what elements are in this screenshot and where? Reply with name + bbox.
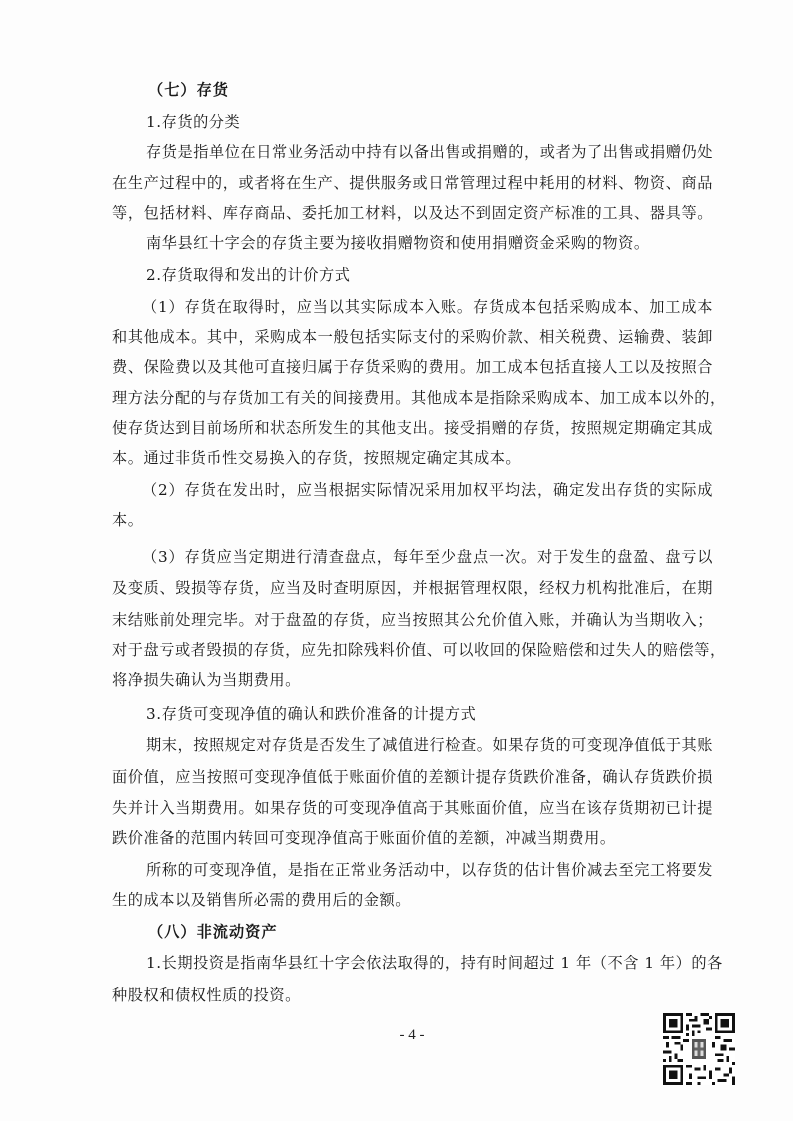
paragraph-line: 期末，按照规定对存货是否发生了减值进行检查。如果存货的可变现净值低于其账 <box>146 730 713 760</box>
document-page: （七）存货1.存货的分类存货是指单位在日常业务活动中持有以备出售或捐赠的，或者为… <box>0 0 793 1121</box>
list-item-line: （2）存货在发出时，应当根据实际情况采用加权平均法，确定发出存货的实际成 <box>142 475 713 505</box>
subheading: 1.存货的分类 <box>146 107 713 137</box>
paragraph-line: 所称的可变现净值，是指在正常业务活动中，以存货的估计售价减去至完工将要发 <box>146 855 713 885</box>
paragraph-line: 在生产过程中的，或者将在生产、提供服务或日常管理过程中耗用的材料、物资、商品 <box>112 168 713 198</box>
paragraph-line: 本。 <box>112 505 713 535</box>
paragraph-line: 使存货达到目前场所和状态所发生的其他支出。接受捐赠的存货，按照规定期确定其成 <box>112 413 713 443</box>
paragraph-line: 跌价准备的范围内转回可变现净值高于账面价值的差额，冲减当期费用。 <box>112 823 713 853</box>
list-item-line: （3）存货应当定期进行清查盘点，每年至少盘点一次。对于发生的盘盈、盘亏以 <box>142 542 713 572</box>
paragraph-line: 存货是指单位在日常业务活动中持有以备出售或捐赠的，或者为了出售或捐赠仍处 <box>146 137 713 167</box>
qr-code-icon <box>663 1013 735 1085</box>
qr-code <box>663 1013 735 1085</box>
paragraph-line: 及变质、毁损等存货，应当及时查明原因，并根据管理权限，经权力机构批准后，在期 <box>112 573 713 603</box>
paragraph-line: 面价值，应当按照可变现净值低于账面价值的差额计提存货跌价准备，确认存货跌价损 <box>112 762 713 792</box>
paragraph-line: 末结账前处理完毕。对于盘盈的存货，应当按照其公允价值入账，并确认为当期收入； <box>112 605 713 635</box>
paragraph-line: 生的成本以及销售所必需的费用后的金额。 <box>112 885 713 915</box>
section-heading: （七）存货 <box>148 75 448 105</box>
paragraph-line: 将净损失确认为当期费用。 <box>112 665 713 695</box>
paragraph-line: 1.长期投资是指南华县红十字会依法取得的，持有时间超过 1 年（不含 1 年）的… <box>146 948 713 978</box>
page-number: - 4 - <box>382 1027 442 1044</box>
section-heading: （八）非流动资产 <box>148 917 448 947</box>
paragraph-line: 理方法分配的与存货加工有关的间接费用。其他成本是指除采购成本、加工成本以外的， <box>112 383 713 413</box>
subheading: 2.存货取得和发出的计价方式 <box>146 260 713 290</box>
subheading: 3.存货可变现净值的确认和跌价准备的计提方式 <box>146 699 713 729</box>
paragraph-line: 对于盘亏或者毁损的存货，应先扣除残料价值、可以收回的保险赔偿和过失人的赔偿等， <box>112 635 713 665</box>
paragraph-line: 和其他成本。其中，采购成本一般包括实际支付的采购价款、相关税费、运输费、装卸 <box>112 322 713 352</box>
paragraph-line: 本。通过非货币性交易换入的存货，按照规定确定其成本。 <box>112 443 713 473</box>
paragraph-line: 种股权和债权性质的投资。 <box>112 980 713 1010</box>
paragraph-line: 等，包括材料、库存商品、委托加工材料，以及达不到固定资产标准的工具、器具等。 <box>112 198 713 228</box>
paragraph-line: 失并计入当期费用。如果存货的可变现净值高于其账面价值，应当在该存货期初已计提 <box>112 793 713 823</box>
paragraph-line: 南华县红十字会的存货主要为接收捐赠物资和使用捐赠资金采购的物资。 <box>146 228 713 258</box>
paragraph-line: 费、保险费以及其他可直接归属于存货采购的费用。加工成本包括直接人工以及按照合 <box>112 352 713 382</box>
list-item-line: （1）存货在取得时，应当以其实际成本入账。存货成本包括采购成本、加工成本 <box>142 292 713 322</box>
